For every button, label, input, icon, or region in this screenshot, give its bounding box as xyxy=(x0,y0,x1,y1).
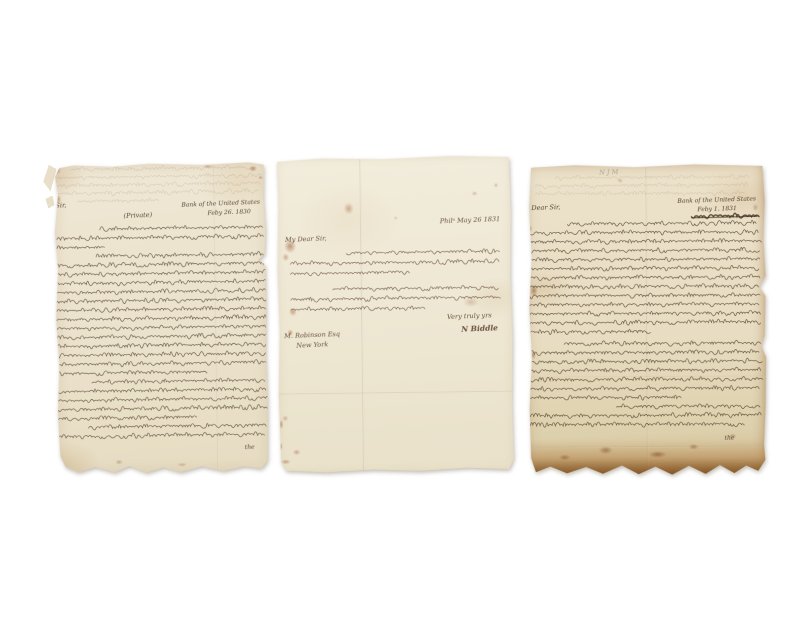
foxing-stain xyxy=(53,166,61,174)
handwriting-line xyxy=(564,336,757,349)
letter-3-strikeout-scribble xyxy=(527,163,766,164)
letter-2-stains xyxy=(275,155,511,158)
fold-crease xyxy=(359,156,365,473)
foxing-stain xyxy=(729,434,737,439)
foxing-stain xyxy=(287,329,293,336)
manuscript-letter-1: Sir, (Private) Bank of the United States… xyxy=(53,162,270,475)
foxing-stain xyxy=(530,285,538,297)
foxing-stain xyxy=(284,239,296,253)
foxing-stain xyxy=(115,460,123,465)
letter-3-pencil-note: N J M xyxy=(599,169,618,176)
foxing-stain xyxy=(559,454,571,460)
foxing-stain xyxy=(649,451,667,458)
letter-3-dateline-place: Bank of the United States xyxy=(678,196,757,204)
foxing-stain xyxy=(617,178,623,183)
letter-2-addressee-place: New York xyxy=(296,341,328,349)
letter-3-stains xyxy=(527,163,766,164)
letter-1-private-note: (Private) xyxy=(123,212,152,220)
foxing-stain xyxy=(344,202,354,214)
handwriting-line xyxy=(555,170,747,183)
fold-crease xyxy=(278,391,514,396)
foxing-stain xyxy=(55,194,61,204)
foxing-stain xyxy=(463,297,479,307)
letter-2-signature: N Biddle xyxy=(461,324,498,333)
lot-photo-three-manuscript-letters: Sir, (Private) Bank of the United States… xyxy=(0,0,800,640)
letter-1-salutation: Sir, xyxy=(55,202,66,209)
letter-2-closing: Very truly yrs xyxy=(447,312,492,320)
handwriting-line xyxy=(96,248,261,262)
foxing-stain xyxy=(258,176,263,180)
letter-1-dateline-date: Feby 26. 1830 xyxy=(207,209,250,217)
handwriting-line xyxy=(333,281,497,295)
foxing-stain xyxy=(527,225,532,233)
foxing-stain xyxy=(493,183,498,188)
letter-1-paper: Sir, (Private) Bank of the United States… xyxy=(53,162,270,475)
foxing-stain xyxy=(282,415,288,421)
foxing-stain xyxy=(689,444,699,450)
foxing-stain xyxy=(282,253,289,261)
handwriting-line xyxy=(567,216,755,229)
foxing-stain xyxy=(471,191,477,196)
letter-3-paper: N J M Dear Sir, Bank of the United State… xyxy=(527,163,768,476)
letter-3-salutation: Dear Sir, xyxy=(531,204,560,211)
letter-2-dateline: Philᵃ May 26 1831 xyxy=(439,216,500,225)
foxing-stain xyxy=(280,442,283,450)
manuscript-letter-3: N J M Dear Sir, Bank of the United State… xyxy=(527,163,768,476)
foxing-stain xyxy=(293,449,301,455)
manuscript-letter-2: Philᵃ May 26 1831 My Dear Sir, Very trul… xyxy=(275,155,515,475)
handwriting-line xyxy=(346,245,496,259)
foxing-stain xyxy=(281,459,291,464)
letter-2-paper: Philᵃ May 26 1831 My Dear Sir, Very trul… xyxy=(275,155,515,475)
foxing-stain xyxy=(289,307,297,316)
letter-3-body-handwriting xyxy=(527,163,766,164)
foxing-stain xyxy=(279,419,283,429)
foxing-stain xyxy=(530,351,536,360)
foxing-stain xyxy=(752,203,758,211)
letter-3-showthrough xyxy=(527,163,766,164)
foxing-stain xyxy=(394,216,398,220)
handwriting-line xyxy=(100,221,260,235)
letter-1-catchword: the xyxy=(245,445,255,451)
letter-2-body-handwriting xyxy=(275,155,511,158)
foxing-stain xyxy=(599,446,613,454)
foxing-stain xyxy=(177,463,187,467)
